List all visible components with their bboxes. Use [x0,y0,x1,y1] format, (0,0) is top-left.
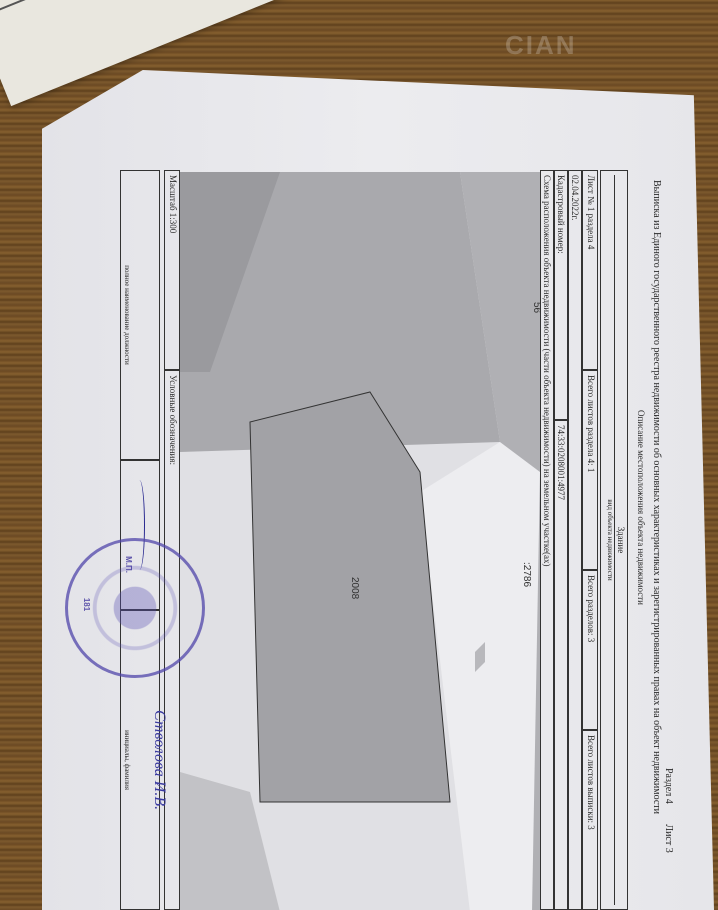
object-type-cell: Здание вид объекта недвижимости [600,170,628,910]
stamp-code: 181 [82,598,91,611]
section-sheets-cell: Всего листов раздела 4: 1 [582,370,598,570]
date-cell: 02.04.2022г. [568,170,582,910]
parcel-label-neighbor: :2786 [521,562,532,587]
stamp-abbrev: М.П. [124,556,133,573]
sheet-number-cell: Лист № 1 раздела 4 [582,170,598,370]
page-indicator: Раздел 4 Лист 3 [663,750,674,853]
object-type-caption: вид объекта недвижимости [606,175,615,905]
section-label: Раздел 4 [663,768,674,804]
parcel-label-main: 2008 [349,577,360,599]
cadastral-number: 74:33:0208001:4977 [554,420,568,910]
scale-cell: Масштаб 1:300 [164,170,180,370]
watermark-logo: CIAN [505,30,577,61]
position-cell: полное наименование должности [120,170,160,460]
total-sections-cell: Всего разделов: 3 [582,570,598,730]
parcel-label-partial: 56 [531,302,540,313]
document-title: Выписка из Единого государственного реес… [651,180,662,814]
document-subtitle: Описание местоположения объекта недвижим… [636,410,646,605]
total-sheets-cell: Всего листов выписки: 3 [582,730,598,910]
signatory-name: Стволова И.В. [150,710,168,810]
scheme-title: Схема расположения объекта недвижимости … [540,170,554,910]
extract-page: Раздел 4 Лист 3 Выписка из Единого госуд… [110,150,690,910]
cadastral-label: Кадастровый номер: [554,170,568,420]
location-scheme: 2008 :2786 56 [180,172,540,910]
object-type-value: Здание [616,175,626,905]
scheme-drawing [180,172,540,910]
sheet-label: Лист 3 [663,824,674,852]
